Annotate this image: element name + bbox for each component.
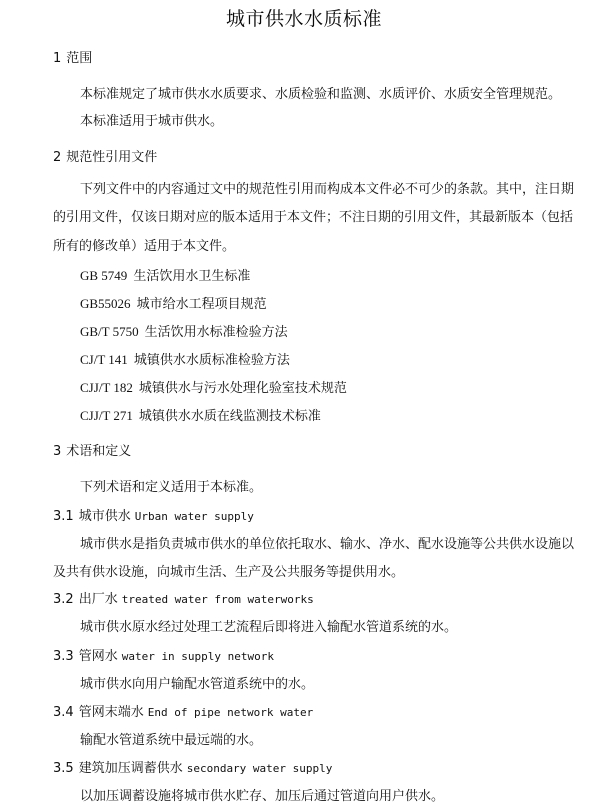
reference-item: CJJ/T 182城镇供水与污水处理化验室技术规范: [80, 380, 347, 397]
reference-item: GB/T 5750生活饮用水标准检验方法: [80, 324, 288, 341]
section-heading-1: 1范围: [53, 51, 92, 67]
reference-title: 生活饮用水标准检验方法: [145, 325, 288, 340]
term-number: 3.2: [53, 592, 74, 607]
term-number: 3.1: [53, 509, 74, 524]
section-heading-3: 3术语和定义: [53, 444, 131, 460]
definition-line: 以加压调蓄设施将城市供水贮存、加压后通过管道向用户供水。: [80, 789, 444, 805]
term-zh: 城市供水: [79, 509, 131, 524]
term-zh: 管网末端水: [79, 705, 144, 720]
paragraph: 本标准规定了城市供水水质要求、水质检验和监测、水质评价、水质安全管理规范。: [80, 87, 561, 103]
reference-item: GB 5749生活饮用水卫生标准: [80, 268, 250, 285]
term-zh: 建筑加压调蓄供水: [79, 761, 183, 776]
definition-line: 城市供水向用户输配水管道系统中的水。: [80, 677, 314, 693]
term-en: secondary water supply: [187, 762, 333, 775]
reference-code: CJ/T 141: [80, 352, 128, 367]
reference-code: GB/T 5750: [80, 324, 139, 339]
reference-item: GB55026城市给水工程项目规范: [80, 296, 267, 313]
term-number: 3.3: [53, 649, 74, 664]
reference-title: 城市给水工程项目规范: [137, 297, 267, 312]
term-heading-3-5: 3.5建筑加压调蓄供水secondary water supply: [53, 761, 332, 777]
reference-title: 城镇供水水质在线监测技术标准: [139, 409, 321, 424]
reference-code: CJJ/T 182: [80, 380, 133, 395]
section-heading-text: 规范性引用文件: [66, 150, 157, 165]
section-heading-text: 术语和定义: [66, 444, 131, 459]
definition-line: 及共有供水设施，向城市生活、生产及公共服务等提供用水。: [53, 565, 404, 581]
section-heading-text: 范围: [66, 51, 92, 66]
reference-code: GB55026: [80, 296, 131, 311]
reference-code: GB 5749: [80, 268, 127, 283]
term-heading-3-2: 3.2出厂水treated water from waterworks: [53, 592, 314, 608]
definition-line: 输配水管道系统中最远端的水。: [80, 733, 262, 749]
reference-title: 城镇供水与污水处理化验室技术规范: [139, 381, 347, 396]
term-en: water in supply network: [122, 650, 274, 663]
paragraph-line: 的引用文件，仅该日期对应的版本适用于本文件；不注日期的引用文件，其最新版本（包括: [53, 210, 551, 226]
paragraph: 下列术语和定义适用于本标准。: [80, 480, 262, 496]
reference-title: 生活饮用水卫生标准: [133, 269, 250, 284]
term-en: treated water from waterworks: [122, 593, 314, 606]
section-number: 1: [53, 51, 61, 66]
term-number: 3.4: [53, 705, 74, 720]
paragraph: 本标准适用于城市供水。: [80, 114, 223, 130]
paragraph-line: 下列文件中的内容通过文中的规范性引用而构成本文件必不可少的条款。其中，注日期: [80, 182, 551, 198]
section-heading-2: 2规范性引用文件: [53, 150, 157, 166]
term-heading-3-1: 3.1城市供水Urban water supply: [53, 509, 254, 525]
reference-code: CJJ/T 271: [80, 408, 133, 423]
section-number: 3: [53, 444, 61, 459]
term-heading-3-4: 3.4管网末端水End of pipe network water: [53, 705, 313, 721]
reference-item: CJJ/T 271城镇供水水质在线监测技术标准: [80, 408, 321, 425]
term-number: 3.5: [53, 761, 74, 776]
section-number: 2: [53, 150, 61, 165]
term-heading-3-3: 3.3管网水water in supply network: [53, 649, 274, 665]
reference-title: 城镇供水水质标准检验方法: [134, 353, 290, 368]
document-title: 城市供水水质标准: [0, 8, 608, 30]
term-zh: 出厂水: [79, 592, 118, 607]
term-en: End of pipe network water: [148, 706, 314, 719]
term-zh: 管网水: [79, 649, 118, 664]
reference-item: CJ/T 141城镇供水水质标准检验方法: [80, 352, 290, 369]
definition-line: 城市供水原水经过处理工艺流程后即将进入输配水管道系统的水。: [80, 620, 457, 636]
term-en: Urban water supply: [135, 510, 254, 523]
paragraph-line: 所有的修改单）适用于本文件。: [53, 239, 235, 255]
definition-line: 城市供水是指负责城市供水的单位依托取水、输水、净水、配水设施等公共供水设施以: [80, 537, 551, 553]
